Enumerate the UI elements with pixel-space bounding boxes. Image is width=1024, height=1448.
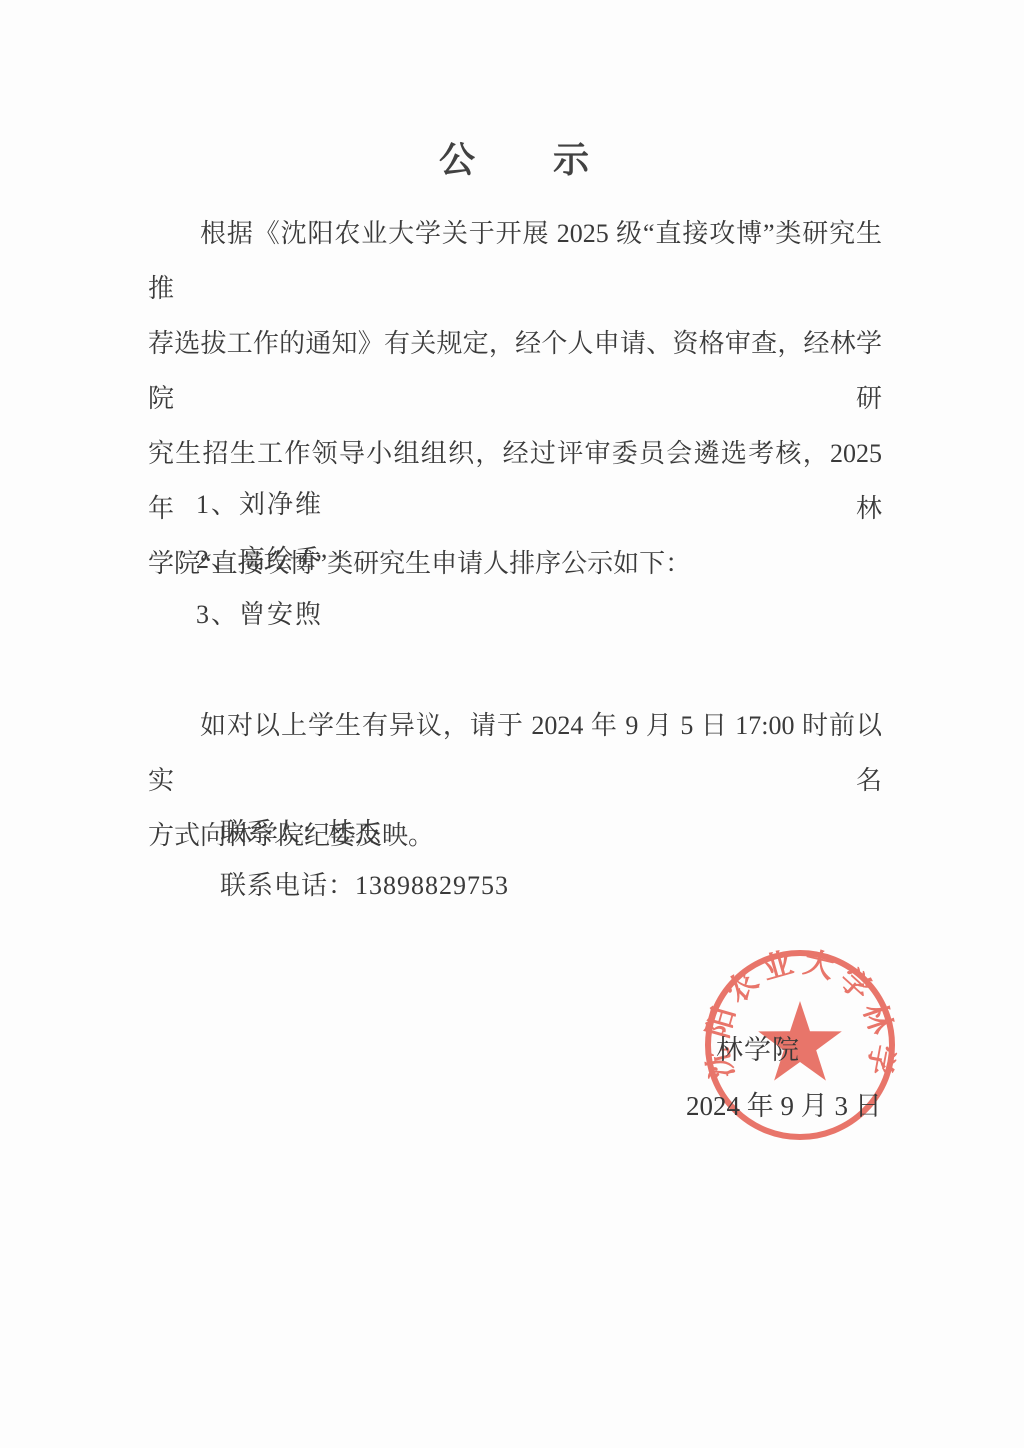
- list-item: 3、曾安煦: [196, 587, 323, 642]
- list-item: 1、刘净维: [196, 477, 323, 532]
- announcement-document: 公 示 根据《沈阳农业大学关于开展 2025 级“直接攻博”类研究生推 荐选拔工…: [0, 0, 1024, 1448]
- candidate-list: 1、刘净维 2、高绘乔 3、曾安煦: [196, 477, 323, 642]
- contact-info: 联系人：杜杰 联系电话：13898829753: [220, 806, 509, 912]
- list-item: 2、高绘乔: [196, 532, 323, 587]
- contact-phone: 联系电话：13898829753: [220, 859, 509, 912]
- paragraph-line: 根据《沈阳农业大学关于开展 2025 级“直接攻博”类研究生推: [148, 206, 882, 316]
- paragraph-line: 荐选拔工作的通知》有关规定，经个人申请、资格审查，经林学院研: [148, 316, 882, 426]
- contact-person: 联系人：杜杰: [220, 806, 509, 859]
- page-title: 公 示: [148, 132, 882, 183]
- signature-unit: 林学院: [716, 1028, 800, 1067]
- signature-date: 2024 年 9 月 3 日: [686, 1084, 882, 1123]
- paragraph-line: 如对以上学生有异议，请于 2024 年 9 月 5 日 17:00 时前以实名: [148, 698, 882, 808]
